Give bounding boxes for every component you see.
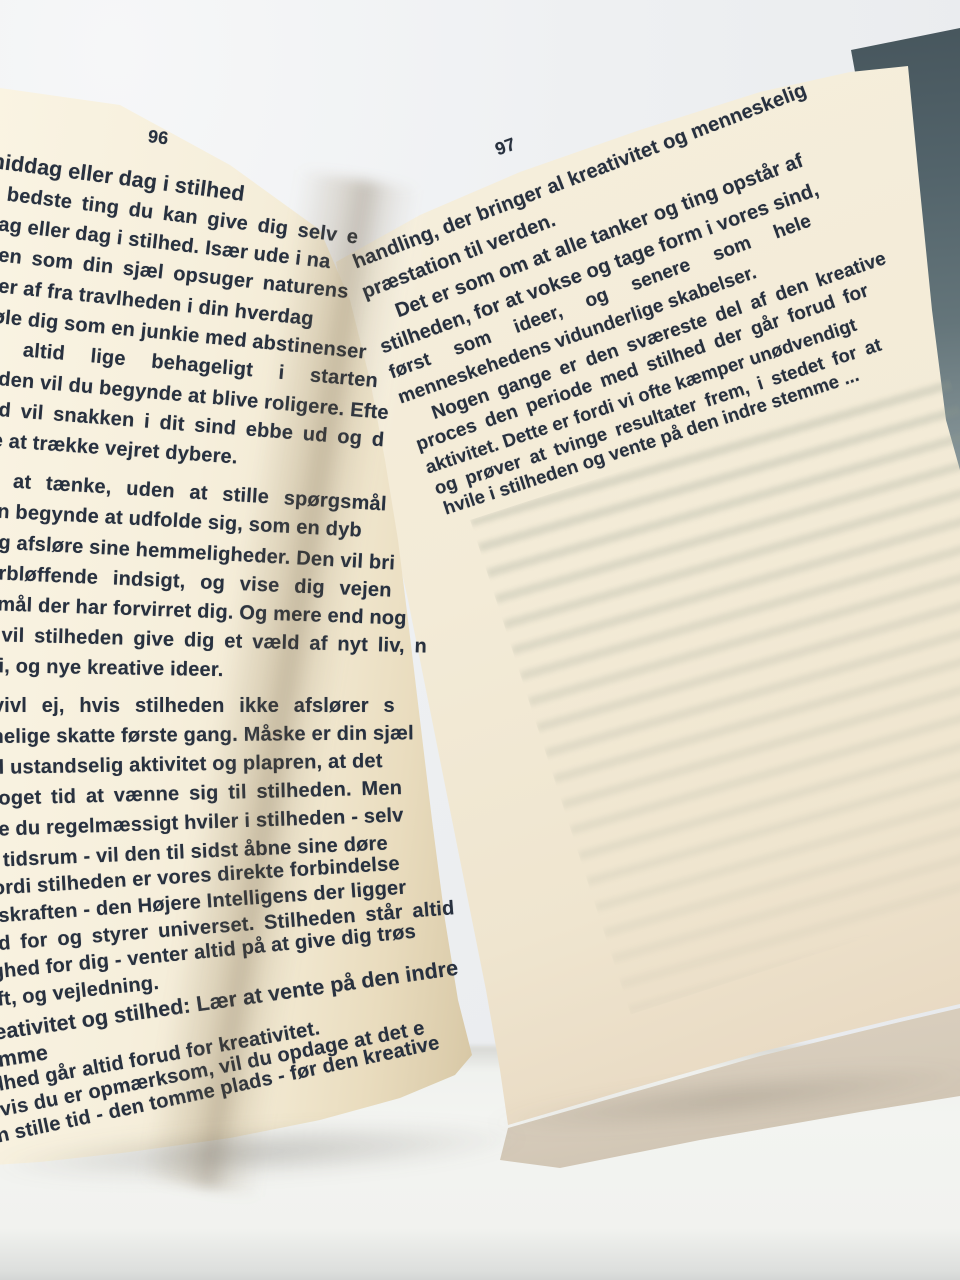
book-photo: 97 handling, der bringer al kreativitet … [0, 0, 960, 1280]
left-page-line: gi, og nye kreative ideer. [0, 655, 224, 682]
left-page-number: 96 [147, 126, 170, 149]
left-page-line: melige skatte første gang. Måske er din … [0, 722, 414, 749]
right-page-number: 97 [492, 134, 518, 161]
